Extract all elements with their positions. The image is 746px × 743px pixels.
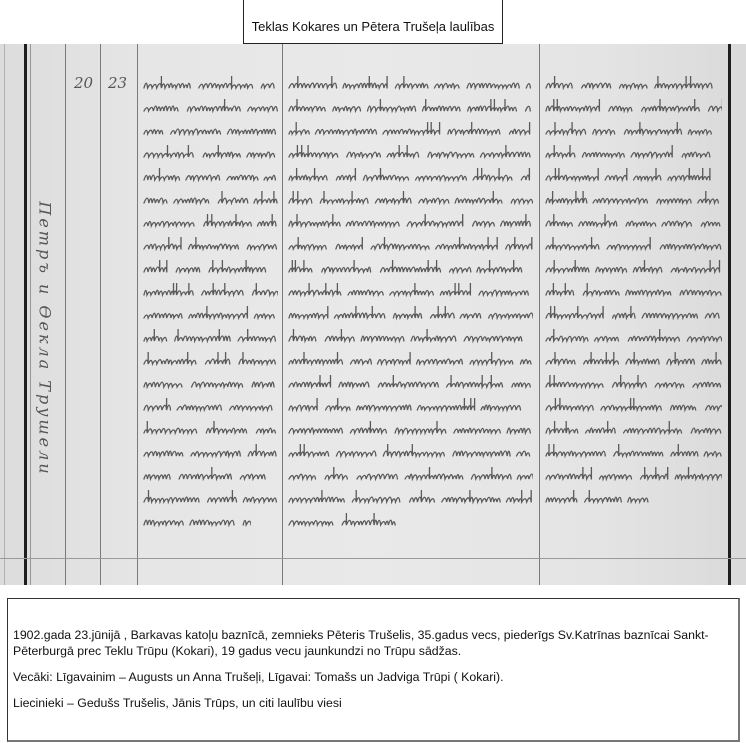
handwritten-line — [287, 304, 535, 327]
handwritten-line — [142, 373, 278, 396]
handwritten-line — [544, 373, 724, 396]
handwritten-line — [544, 212, 724, 235]
handwritten-line — [287, 419, 535, 442]
handwritten-line — [142, 97, 278, 120]
column-rule — [282, 44, 283, 585]
handwritten-line — [142, 465, 278, 488]
column-rule — [137, 44, 138, 585]
handwritten-line — [287, 442, 535, 465]
column-rule — [30, 44, 31, 585]
handwritten-line — [544, 166, 724, 189]
caption-paragraph-marriage: 1902.gada 23.jūnijā , Barkavas katoļu ba… — [13, 627, 733, 659]
handwritten-line — [142, 189, 278, 212]
handwritten-line — [287, 97, 535, 120]
handwritten-line — [544, 304, 724, 327]
caption-paragraph-witnesses: Liecinieki – Gedušs Trušelis, Jānis Trūp… — [13, 695, 733, 711]
handwritten-line — [142, 212, 278, 235]
handwritten-line — [142, 396, 278, 419]
column-rule-thick-right — [728, 44, 731, 585]
handwritten-line — [544, 465, 724, 488]
handwritten-line — [544, 350, 724, 373]
names-vertical-column: Петръ и Өекла Трушели — [32, 104, 58, 574]
column-rule-thick-left — [24, 44, 27, 585]
handwritten-line — [544, 143, 724, 166]
handwritten-line — [142, 258, 278, 281]
scanned-register-image: Петръ и Өекла Трушели 20 23 — [0, 44, 746, 585]
document-title: Teklas Kokares un Pētera Trušeļa laulība… — [252, 19, 495, 34]
column-rule — [539, 44, 540, 585]
document-title-box: Teklas Kokares un Pētera Trušeļa laulība… — [243, 0, 503, 44]
handwritten-line — [142, 419, 278, 442]
entry-day: 23 — [108, 74, 127, 92]
handwritten-line — [544, 235, 724, 258]
caption-paragraph-parents: Vecāki: Līgavainim – Augusts un Anna Tru… — [13, 669, 733, 685]
handwritten-line — [544, 396, 724, 419]
handwritten-line — [287, 488, 535, 511]
row-rule — [0, 558, 746, 559]
handwritten-line — [142, 281, 278, 304]
handwritten-line — [287, 235, 535, 258]
handwritten-line — [142, 120, 278, 143]
handwritten-line — [142, 350, 278, 373]
handwritten-line — [287, 143, 535, 166]
handwriting-column-groom-bride — [287, 74, 535, 534]
column-rule — [65, 44, 66, 585]
handwritten-line — [287, 281, 535, 304]
handwritten-line — [287, 396, 535, 419]
handwritten-line — [142, 442, 278, 465]
handwritten-line — [287, 373, 535, 396]
handwritten-line — [142, 235, 278, 258]
names-vertical-text: Петръ и Өекла Трушели — [36, 201, 55, 476]
handwritten-line — [287, 212, 535, 235]
handwritten-line — [544, 327, 724, 350]
handwritten-line — [544, 74, 724, 97]
handwritten-line — [287, 258, 535, 281]
handwritten-line — [142, 304, 278, 327]
handwritten-line — [544, 189, 724, 212]
handwritten-line — [544, 97, 724, 120]
handwriting-column-parents-witnesses — [544, 74, 724, 511]
translation-caption-box: 1902.gada 23.jūnijā , Barkavas katoļu ba… — [7, 598, 740, 742]
handwritten-line — [544, 442, 724, 465]
handwritten-line — [544, 120, 724, 143]
handwritten-line — [287, 166, 535, 189]
handwritten-line — [287, 189, 535, 212]
handwritten-line — [142, 327, 278, 350]
handwritten-line — [142, 488, 278, 511]
handwritten-line — [287, 327, 535, 350]
column-rule — [4, 44, 5, 585]
handwritten-line — [287, 465, 535, 488]
handwritten-line — [544, 281, 724, 304]
column-rule — [100, 44, 101, 585]
handwritten-line — [544, 258, 724, 281]
handwritten-line — [287, 350, 535, 373]
handwriting-column-date-place — [142, 74, 278, 534]
handwritten-line — [142, 74, 278, 97]
handwritten-line — [142, 143, 278, 166]
handwritten-line — [142, 166, 278, 189]
handwritten-line — [287, 74, 535, 97]
handwritten-line — [142, 511, 278, 534]
handwritten-line — [544, 419, 724, 442]
entry-number: 20 — [74, 74, 93, 92]
handwritten-line — [544, 488, 724, 511]
handwritten-line — [287, 120, 535, 143]
handwritten-line — [287, 511, 535, 534]
